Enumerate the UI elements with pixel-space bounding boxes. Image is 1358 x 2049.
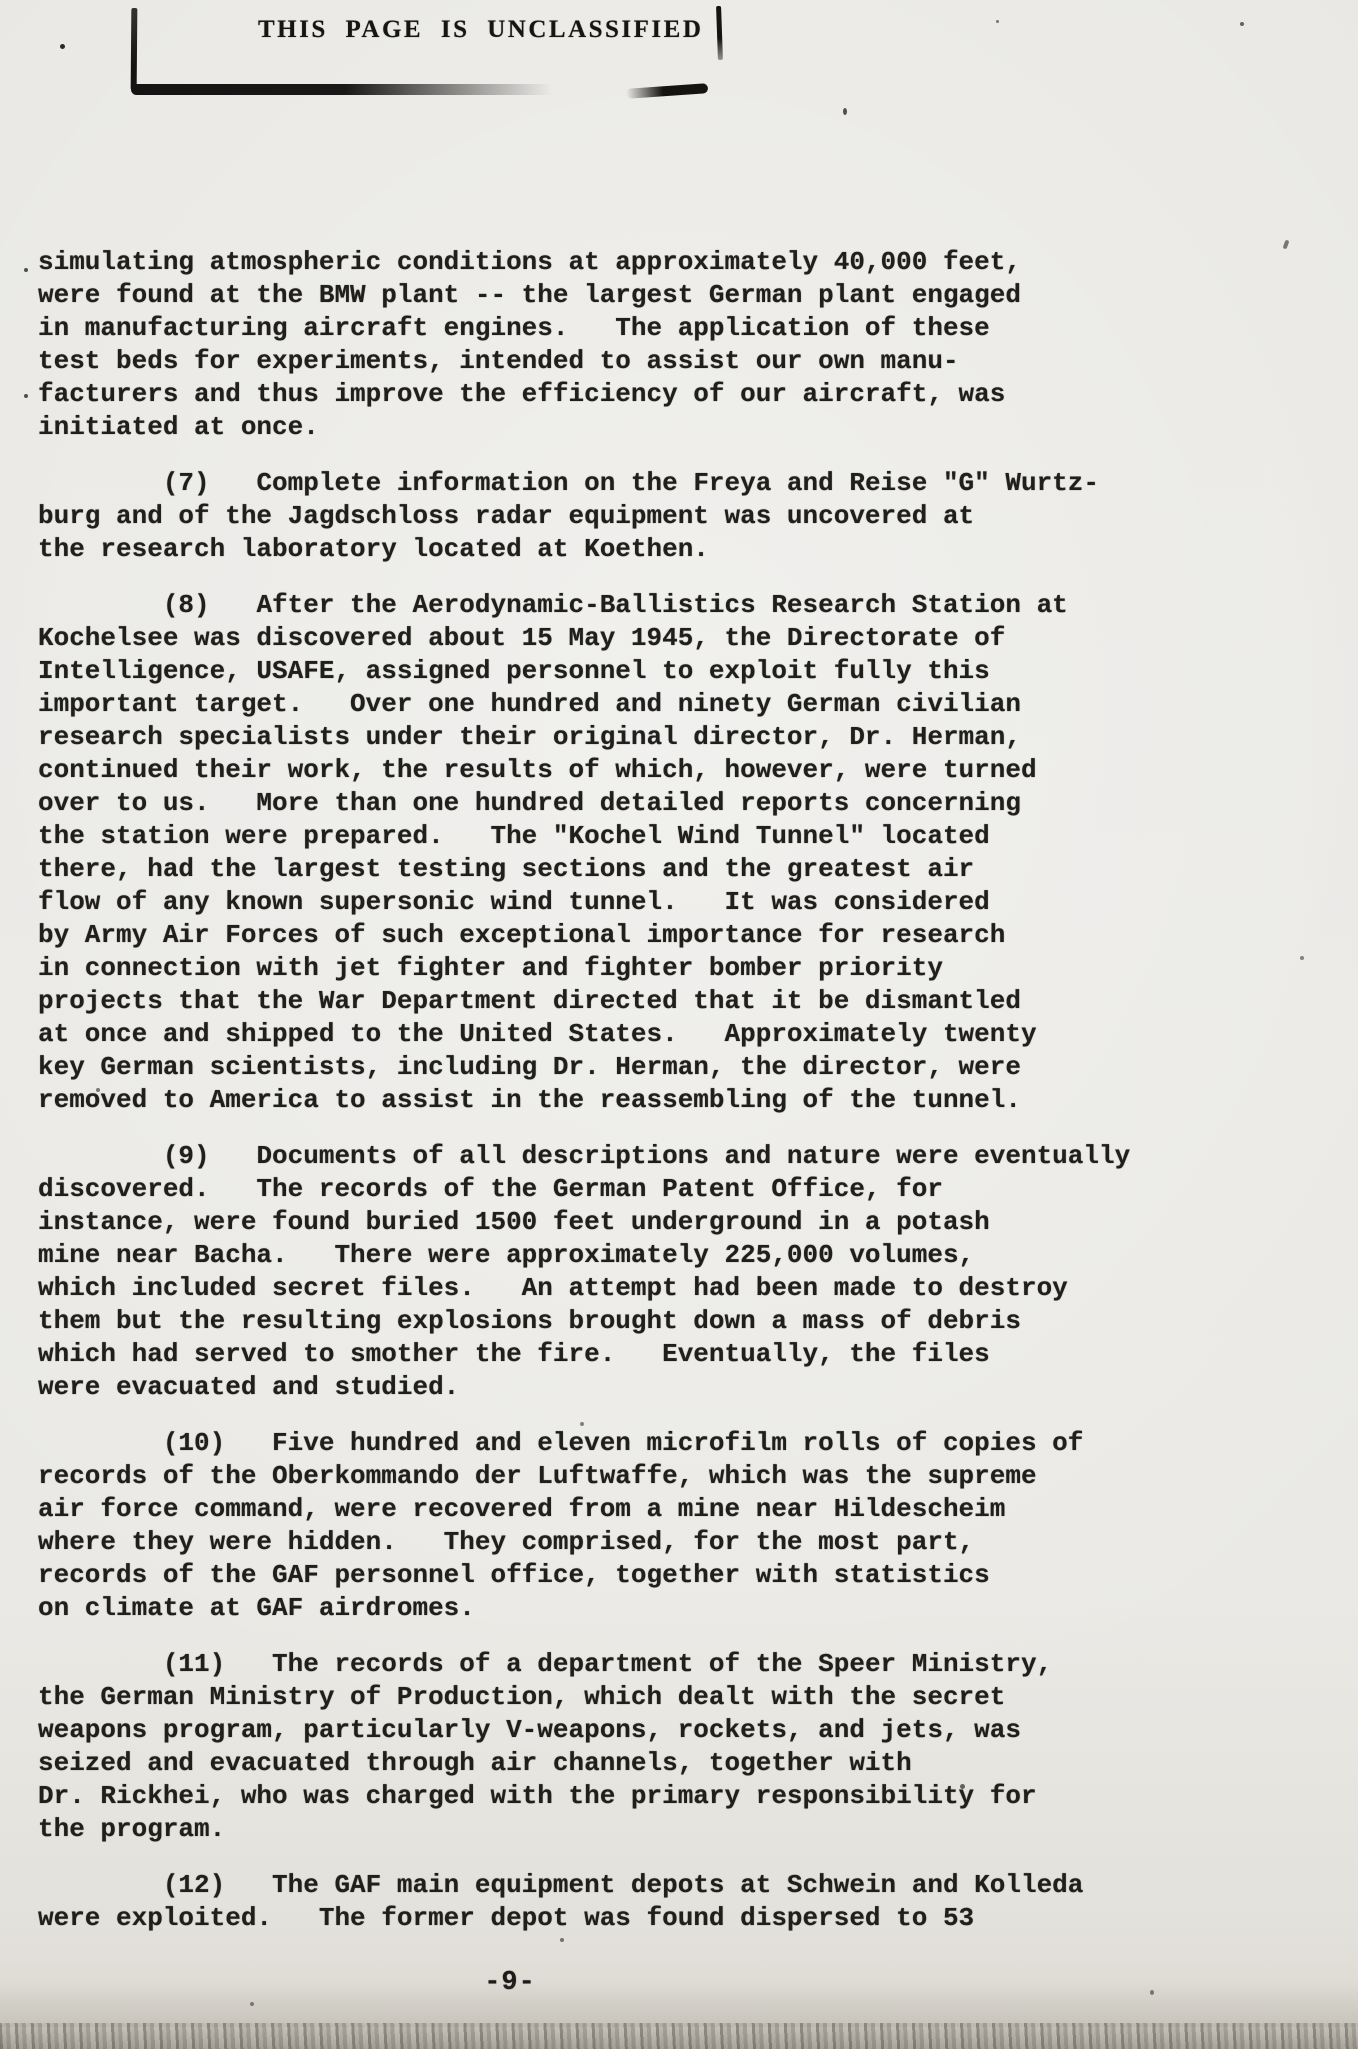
speckle	[996, 20, 999, 23]
speckle	[580, 1422, 584, 1426]
speckle	[24, 268, 28, 272]
paragraph-9: (9) Documents of all descriptions and na…	[38, 1140, 1343, 1404]
stamp-bracket-right-vertical-mark	[716, 6, 723, 60]
paragraph-7: (7) Complete information on the Freya an…	[38, 467, 1343, 566]
stamp-bracket-left-horizontal-mark	[131, 84, 561, 95]
speckle	[24, 394, 28, 398]
speckle	[60, 44, 65, 49]
speckle	[1300, 956, 1304, 960]
stamp-bracket-left-vertical-mark	[131, 8, 138, 90]
paragraph-continuation: simulating atmospheric conditions at app…	[38, 246, 1343, 444]
bottom-scan-haze	[0, 1981, 1358, 2027]
paragraph-10: (10) Five hundred and eleven microfilm r…	[38, 1427, 1343, 1625]
speckle	[960, 1784, 965, 1789]
paragraph-11: (11) The records of a department of the …	[38, 1648, 1343, 1846]
bottom-scan-edge	[0, 2023, 1358, 2049]
classification-stamp: THIS PAGE IS UNCLASSIFIED	[258, 16, 703, 44]
stamp-bracket-right-dash-mark	[626, 83, 708, 99]
paragraph-12: (12) The GAF main equipment depots at Sc…	[38, 1869, 1343, 1935]
scanned-document-page: THIS PAGE IS UNCLASSIFIED simulating atm…	[0, 0, 1358, 2049]
speckle	[96, 1088, 100, 1092]
speckle	[1240, 22, 1244, 26]
document-body: simulating atmospheric conditions at app…	[38, 246, 1343, 1935]
paragraph-8: (8) After the Aerodynamic-Ballistics Res…	[38, 589, 1343, 1117]
speckle	[560, 1938, 564, 1942]
speckle	[843, 108, 847, 115]
